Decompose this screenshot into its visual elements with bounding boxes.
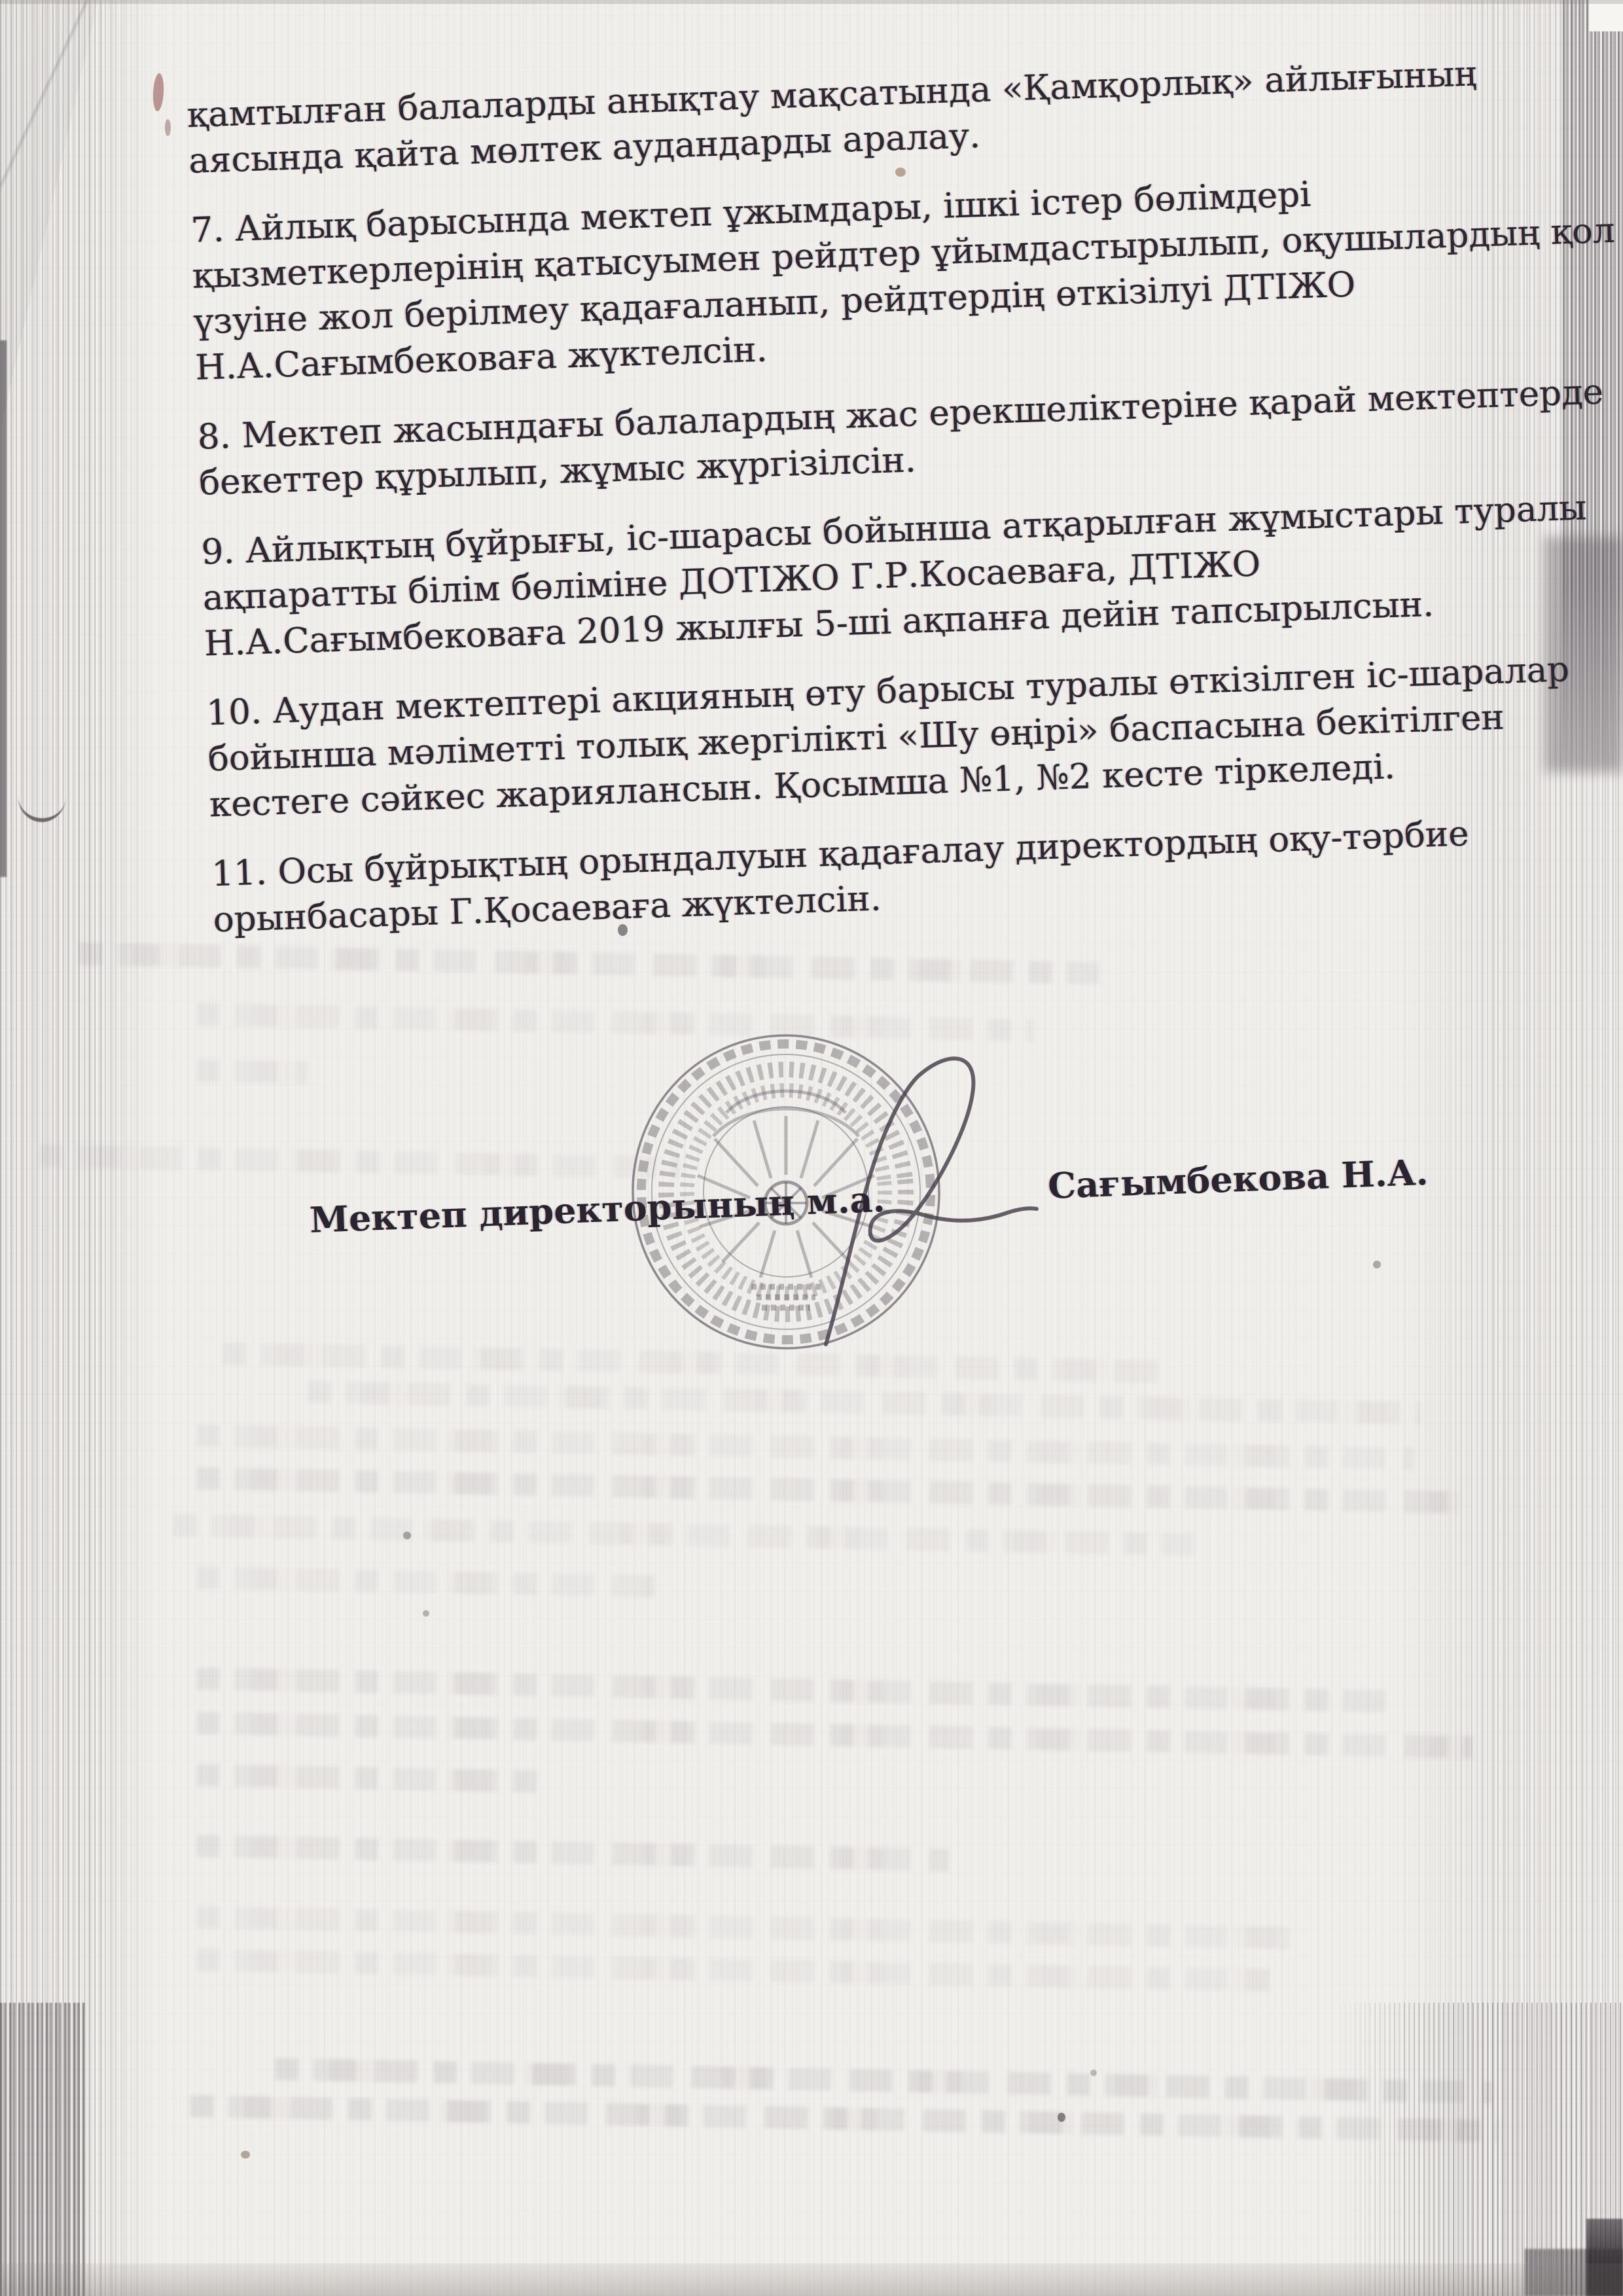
bleed-through-line <box>196 1835 949 1871</box>
bleed-through-line <box>196 1667 1394 1712</box>
top-edge-shadow <box>0 0 1623 4</box>
paragraph-11: 11. Осы бұйрықтың орындалуын қадағалау д… <box>211 812 1457 943</box>
bleed-through-line <box>196 1566 655 1597</box>
bleed-through-line <box>196 1712 1472 1758</box>
paragraph-7: 7. Айлық барысында мектеп ұжымдары, ішкі… <box>190 168 1439 391</box>
bleed-through-line <box>223 1342 1171 1383</box>
bleed-through-line <box>196 1059 308 1083</box>
bleed-through-line <box>196 1906 1302 1949</box>
bleed-through-line <box>308 1381 1420 1425</box>
document-body: қамтылған балаларды анықтау мақсатында «… <box>187 53 1457 967</box>
bleed-through-line <box>196 1467 1459 1513</box>
paragraph-9: 9. Айлықтың бұйрығы, іс-шарасы бойынша а… <box>201 490 1448 667</box>
bleed-through-line <box>196 1003 1034 1042</box>
signer-title-label: Мектеп директорының м.а. <box>309 1178 885 1241</box>
bleed-through-line <box>173 1514 1194 1556</box>
ink-speck <box>1058 2113 1065 2122</box>
bottom-edge-shadow <box>0 2263 1623 2296</box>
ink-speck <box>1090 2070 1097 2076</box>
scanned-document-page: қамтылған балаларды анықтау мақсатында «… <box>0 0 1623 2296</box>
bleed-through-line <box>275 2058 1492 2104</box>
bleed-through-line <box>196 1948 1270 1991</box>
ink-speck <box>241 2151 250 2159</box>
signer-name-label: Сағымбекова Н.А. <box>1047 1151 1429 1207</box>
paragraph-8: 8. Мектеп жасындағы балалардың жас ерекш… <box>197 374 1443 506</box>
ink-speck <box>165 119 171 136</box>
bleed-through-line <box>196 1764 544 1793</box>
ink-speck <box>403 1532 411 1539</box>
bleed-through-line <box>190 2095 1499 2142</box>
paragraph-continuation: қамтылған балаларды анықтау мақсатында «… <box>187 53 1433 185</box>
left-scan-streak-band <box>0 0 156 2296</box>
ink-speck <box>1373 1261 1381 1268</box>
ink-speck <box>423 1610 429 1617</box>
paragraph-10: 10. Аудан мектептері акцияның өту барысы… <box>206 651 1454 828</box>
bleed-through-line <box>196 1424 1414 1470</box>
